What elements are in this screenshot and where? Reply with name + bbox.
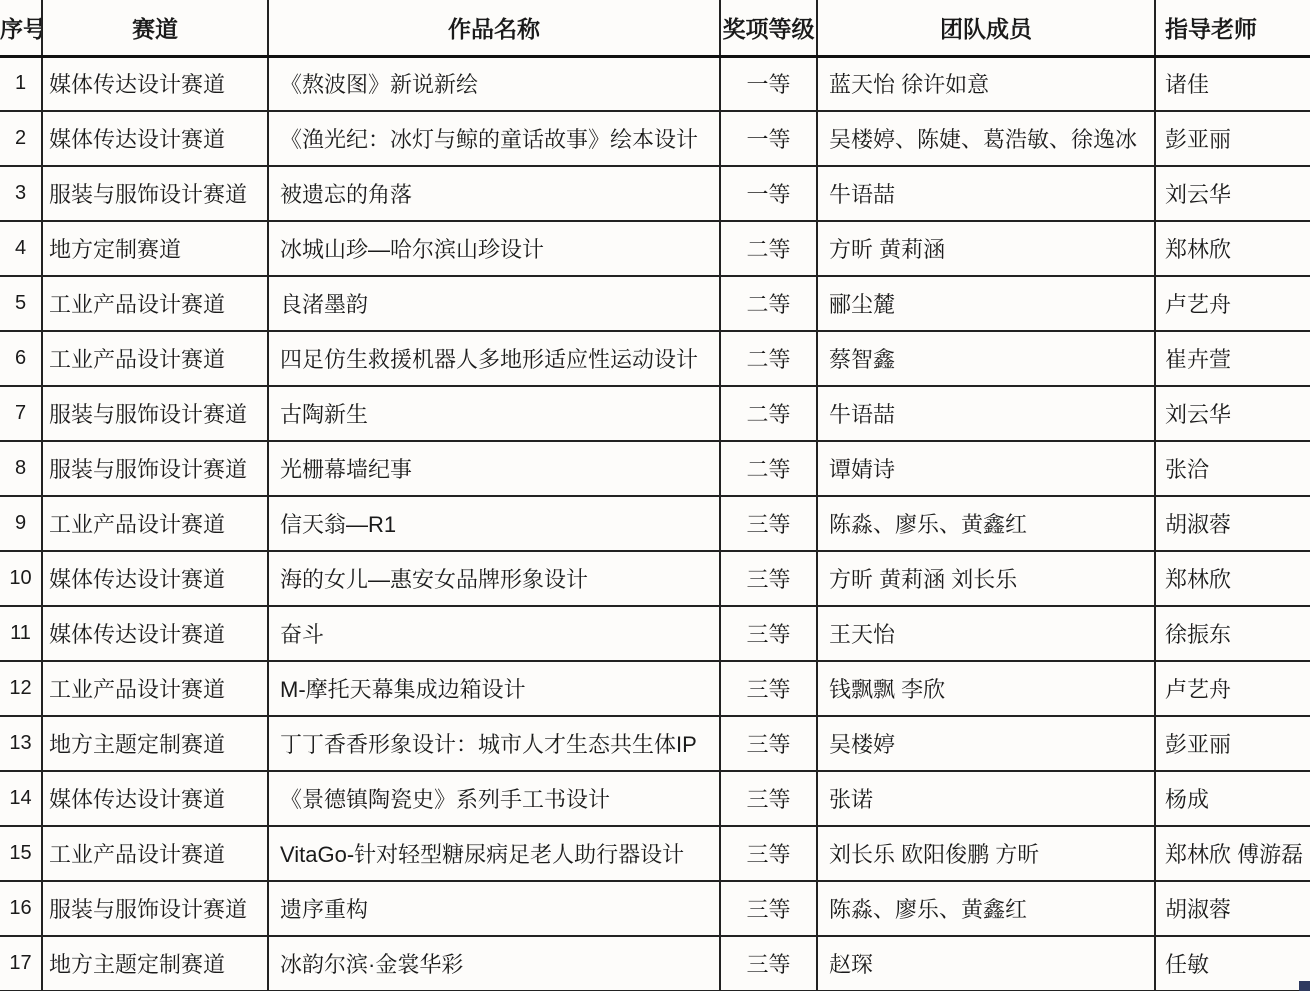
cell-index: 17 bbox=[0, 936, 42, 991]
cell-award: 三等 bbox=[720, 496, 817, 551]
column-header-track: 赛道 bbox=[42, 0, 268, 56]
cell-title: 奋斗 bbox=[268, 606, 720, 661]
cell-track: 媒体传达设计赛道 bbox=[42, 56, 268, 111]
table-row: 11 媒体传达设计赛道 奋斗 三等 王天怡 徐振东 bbox=[0, 606, 1310, 661]
table-body: 1 媒体传达设计赛道 《熬波图》新说新绘 一等 蓝天怡 徐许如意 诸佳 2 媒体… bbox=[0, 56, 1310, 991]
cell-award: 三等 bbox=[720, 606, 817, 661]
cell-members: 郦尘麓 bbox=[817, 276, 1155, 331]
column-header-award: 奖项等级 bbox=[720, 0, 817, 56]
table-row: 9 工业产品设计赛道 信天翁—R1 三等 陈淼、廖乐、黄鑫红 胡淑蓉 bbox=[0, 496, 1310, 551]
cell-index: 5 bbox=[0, 276, 42, 331]
cell-index: 8 bbox=[0, 441, 42, 496]
cell-index: 9 bbox=[0, 496, 42, 551]
cell-index: 16 bbox=[0, 881, 42, 936]
cell-title: 四足仿生救援机器人多地形适应性运动设计 bbox=[268, 331, 720, 386]
cell-track: 工业产品设计赛道 bbox=[42, 826, 268, 881]
cell-title: 信天翁—R1 bbox=[268, 496, 720, 551]
cell-award: 二等 bbox=[720, 276, 817, 331]
cell-advisor: 郑林欣 bbox=[1155, 221, 1310, 276]
cell-advisor: 卢艺舟 bbox=[1155, 661, 1310, 716]
cell-award: 一等 bbox=[720, 166, 817, 221]
cell-index: 2 bbox=[0, 111, 42, 166]
cell-title: 《景德镇陶瓷史》系列手工书设计 bbox=[268, 771, 720, 826]
cell-members: 谭婧诗 bbox=[817, 441, 1155, 496]
cell-index: 10 bbox=[0, 551, 42, 606]
cell-index: 12 bbox=[0, 661, 42, 716]
cell-advisor: 郑林欣 傅游磊 bbox=[1155, 826, 1310, 881]
table-row: 10 媒体传达设计赛道 海的女儿—惠安女品牌形象设计 三等 方昕 黄莉涵 刘长乐… bbox=[0, 551, 1310, 606]
cell-track: 工业产品设计赛道 bbox=[42, 496, 268, 551]
cell-award: 二等 bbox=[720, 441, 817, 496]
table-row: 2 媒体传达设计赛道 《渔光纪：冰灯与鲸的童话故事》绘本设计 一等 吴楼婷、陈婕… bbox=[0, 111, 1310, 166]
cell-track: 媒体传达设计赛道 bbox=[42, 606, 268, 661]
cell-title: VitaGo-针对轻型糖尿病足老人助行器设计 bbox=[268, 826, 720, 881]
cell-track: 地方主题定制赛道 bbox=[42, 936, 268, 991]
cell-advisor: 杨成 bbox=[1155, 771, 1310, 826]
cell-index: 3 bbox=[0, 166, 42, 221]
cell-advisor: 郑林欣 bbox=[1155, 551, 1310, 606]
table-row: 5 工业产品设计赛道 良渚墨韵 二等 郦尘麓 卢艺舟 bbox=[0, 276, 1310, 331]
table-row: 13 地方主题定制赛道 丁丁香香形象设计：城市人才生态共生体IP 三等 吴楼婷 … bbox=[0, 716, 1310, 771]
cell-index: 1 bbox=[0, 56, 42, 111]
cell-advisor: 崔卉萱 bbox=[1155, 331, 1310, 386]
table-row: 8 服装与服饰设计赛道 光栅幕墙纪事 二等 谭婧诗 张洽 bbox=[0, 441, 1310, 496]
cell-members: 方昕 黄莉涵 刘长乐 bbox=[817, 551, 1155, 606]
cell-title: 丁丁香香形象设计：城市人才生态共生体IP bbox=[268, 716, 720, 771]
cell-track: 媒体传达设计赛道 bbox=[42, 111, 268, 166]
cell-members: 张诺 bbox=[817, 771, 1155, 826]
cell-award: 二等 bbox=[720, 331, 817, 386]
cell-members: 陈淼、廖乐、黄鑫红 bbox=[817, 881, 1155, 936]
cell-index: 6 bbox=[0, 331, 42, 386]
cell-award: 三等 bbox=[720, 551, 817, 606]
cell-award: 一等 bbox=[720, 56, 817, 111]
cell-track: 服装与服饰设计赛道 bbox=[42, 166, 268, 221]
cell-award: 三等 bbox=[720, 826, 817, 881]
cell-award: 二等 bbox=[720, 221, 817, 276]
cell-track: 媒体传达设计赛道 bbox=[42, 771, 268, 826]
cell-award: 三等 bbox=[720, 936, 817, 991]
cell-title: 被遗忘的角落 bbox=[268, 166, 720, 221]
cell-track: 工业产品设计赛道 bbox=[42, 276, 268, 331]
cell-advisor: 胡淑蓉 bbox=[1155, 496, 1310, 551]
table-row: 17 地方主题定制赛道 冰韵尔滨·金裳华彩 三等 赵琛 任敏 bbox=[0, 936, 1310, 991]
header-row: 序号 赛道 作品名称 奖项等级 团队成员 指导老师 bbox=[0, 0, 1310, 56]
cell-members: 赵琛 bbox=[817, 936, 1155, 991]
cell-members: 蓝天怡 徐许如意 bbox=[817, 56, 1155, 111]
cell-index: 14 bbox=[0, 771, 42, 826]
cell-members: 蔡智鑫 bbox=[817, 331, 1155, 386]
column-header-title: 作品名称 bbox=[268, 0, 720, 56]
cell-advisor: 任敏 bbox=[1155, 936, 1310, 991]
cell-advisor: 刘云华 bbox=[1155, 166, 1310, 221]
table-row: 12 工业产品设计赛道 M-摩托天幕集成边箱设计 三等 钱飘飘 李欣 卢艺舟 bbox=[0, 661, 1310, 716]
cell-title: 良渚墨韵 bbox=[268, 276, 720, 331]
cell-track: 工业产品设计赛道 bbox=[42, 331, 268, 386]
cell-title: M-摩托天幕集成边箱设计 bbox=[268, 661, 720, 716]
cell-title: 海的女儿—惠安女品牌形象设计 bbox=[268, 551, 720, 606]
cell-track: 服装与服饰设计赛道 bbox=[42, 881, 268, 936]
cell-members: 牛语喆 bbox=[817, 166, 1155, 221]
corner-mark bbox=[1299, 981, 1310, 991]
table-row: 1 媒体传达设计赛道 《熬波图》新说新绘 一等 蓝天怡 徐许如意 诸佳 bbox=[0, 56, 1310, 111]
column-header-advisor: 指导老师 bbox=[1155, 0, 1310, 56]
cell-title: 冰城山珍—哈尔滨山珍设计 bbox=[268, 221, 720, 276]
cell-title: 《渔光纪：冰灯与鲸的童话故事》绘本设计 bbox=[268, 111, 720, 166]
cell-members: 方昕 黄莉涵 bbox=[817, 221, 1155, 276]
cell-index: 15 bbox=[0, 826, 42, 881]
table-row: 4 地方定制赛道 冰城山珍—哈尔滨山珍设计 二等 方昕 黄莉涵 郑林欣 bbox=[0, 221, 1310, 276]
cell-advisor: 胡淑蓉 bbox=[1155, 881, 1310, 936]
cell-track: 媒体传达设计赛道 bbox=[42, 551, 268, 606]
cell-track: 地方主题定制赛道 bbox=[42, 716, 268, 771]
table-row: 14 媒体传达设计赛道 《景德镇陶瓷史》系列手工书设计 三等 张诺 杨成 bbox=[0, 771, 1310, 826]
cell-members: 钱飘飘 李欣 bbox=[817, 661, 1155, 716]
cell-members: 刘长乐 欧阳俊鹏 方昕 bbox=[817, 826, 1155, 881]
cell-members: 牛语喆 bbox=[817, 386, 1155, 441]
cell-award: 一等 bbox=[720, 111, 817, 166]
cell-track: 服装与服饰设计赛道 bbox=[42, 386, 268, 441]
cell-award: 三等 bbox=[720, 661, 817, 716]
cell-award: 三等 bbox=[720, 716, 817, 771]
cell-advisor: 刘云华 bbox=[1155, 386, 1310, 441]
cell-title: 遗序重构 bbox=[268, 881, 720, 936]
cell-track: 工业产品设计赛道 bbox=[42, 661, 268, 716]
cell-index: 7 bbox=[0, 386, 42, 441]
cell-advisor: 诸佳 bbox=[1155, 56, 1310, 111]
cell-members: 吴楼婷 bbox=[817, 716, 1155, 771]
table-row: 16 服装与服饰设计赛道 遗序重构 三等 陈淼、廖乐、黄鑫红 胡淑蓉 bbox=[0, 881, 1310, 936]
cell-track: 地方定制赛道 bbox=[42, 221, 268, 276]
table-row: 3 服装与服饰设计赛道 被遗忘的角落 一等 牛语喆 刘云华 bbox=[0, 166, 1310, 221]
column-header-index: 序号 bbox=[0, 0, 42, 56]
column-header-members: 团队成员 bbox=[817, 0, 1155, 56]
cell-title: 光栅幕墙纪事 bbox=[268, 441, 720, 496]
cell-advisor: 彭亚丽 bbox=[1155, 716, 1310, 771]
table-row: 7 服装与服饰设计赛道 古陶新生 二等 牛语喆 刘云华 bbox=[0, 386, 1310, 441]
cell-title: 《熬波图》新说新绘 bbox=[268, 56, 720, 111]
cell-title: 古陶新生 bbox=[268, 386, 720, 441]
cell-members: 吴楼婷、陈婕、葛浩敏、徐逸冰 bbox=[817, 111, 1155, 166]
cell-advisor: 张洽 bbox=[1155, 441, 1310, 496]
cell-title: 冰韵尔滨·金裳华彩 bbox=[268, 936, 720, 991]
cell-members: 陈淼、廖乐、黄鑫红 bbox=[817, 496, 1155, 551]
cell-award: 二等 bbox=[720, 386, 817, 441]
cell-track: 服装与服饰设计赛道 bbox=[42, 441, 268, 496]
table-row: 15 工业产品设计赛道 VitaGo-针对轻型糖尿病足老人助行器设计 三等 刘长… bbox=[0, 826, 1310, 881]
cell-advisor: 徐振东 bbox=[1155, 606, 1310, 661]
awards-table: 序号 赛道 作品名称 奖项等级 团队成员 指导老师 1 媒体传达设计赛道 《熬波… bbox=[0, 0, 1310, 991]
cell-index: 13 bbox=[0, 716, 42, 771]
cell-members: 王天怡 bbox=[817, 606, 1155, 661]
cell-advisor: 彭亚丽 bbox=[1155, 111, 1310, 166]
cell-award: 三等 bbox=[720, 881, 817, 936]
cell-index: 11 bbox=[0, 606, 42, 661]
table-row: 6 工业产品设计赛道 四足仿生救援机器人多地形适应性运动设计 二等 蔡智鑫 崔卉… bbox=[0, 331, 1310, 386]
cell-advisor: 卢艺舟 bbox=[1155, 276, 1310, 331]
cell-index: 4 bbox=[0, 221, 42, 276]
cell-award: 三等 bbox=[720, 771, 817, 826]
